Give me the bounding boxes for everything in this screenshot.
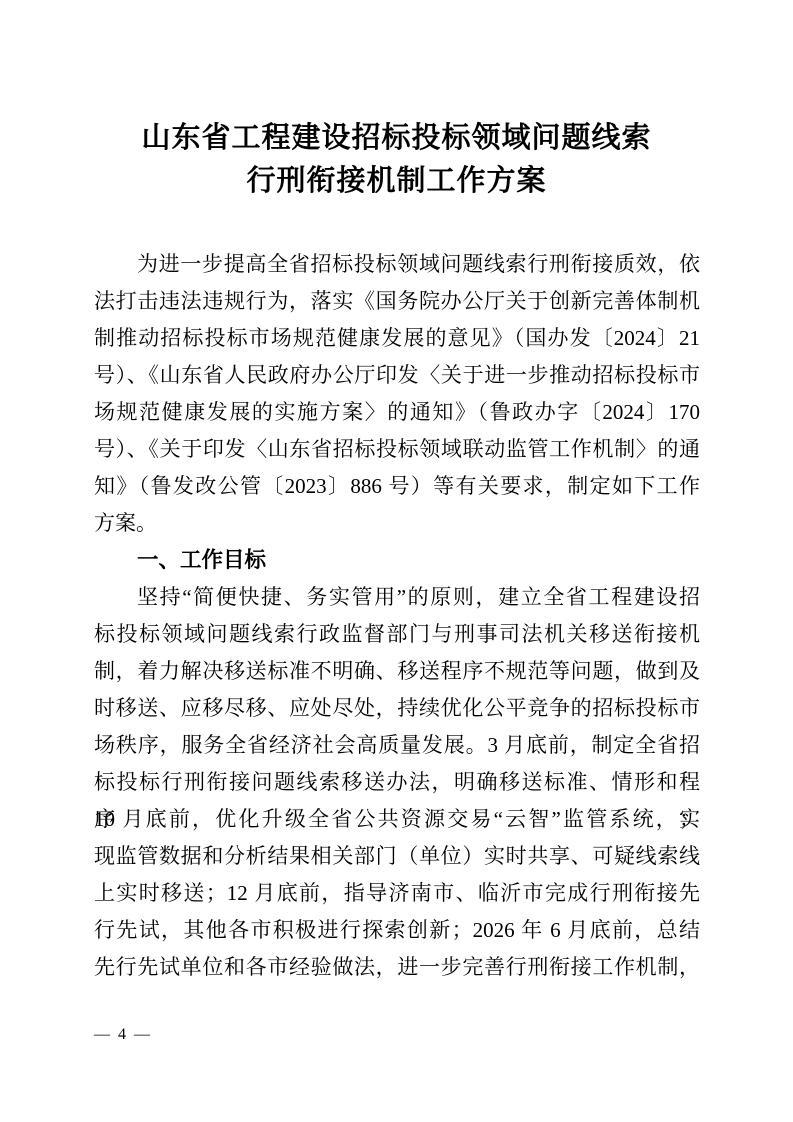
paragraph-1-line: 号）、《关于印发〈山东省招标投标领域联动监管工作机制〉的通 — [94, 431, 700, 468]
paragraph-1-line: 号）、《山东省人民政府办公厅印发〈关于进一步推动招标投标市 — [94, 357, 700, 394]
document-title-line-2: 行刑衔接机制工作方案 — [0, 160, 793, 203]
paragraph-1-line: 法打击违法违规行为，落实《国务院办公厅关于创新完善体制机 — [94, 283, 700, 320]
page-number: — 4 — — [94, 1026, 152, 1044]
paragraph-2-line: 时移送、应移尽移、应处尽处，持续优化公平竞争的招标投标市 — [94, 690, 700, 727]
document-body: 为进一步提高全省招标投标领域问题线索行刑衔接质效，依 法打击违法违规行为，落实《… — [94, 246, 700, 986]
paragraph-2-line: 行先试，其他各市积极进行探索创新；2026 年 6 月底前，总结 — [94, 912, 700, 949]
paragraph-2-line: 标投标行刑衔接问题线索移送办法，明确移送标准、情形和程序； — [94, 764, 700, 801]
paragraph-2-line: 现监管数据和分析结果相关部门（单位）实时共享、可疑线索线 — [94, 838, 700, 875]
document-page: 山东省工程建设招标投标领域问题线索 行刑衔接机制工作方案 为进一步提高全省招标投… — [0, 0, 793, 1122]
paragraph-2-line: 标投标领域问题线索行政监督部门与刑事司法机关移送衔接机 — [94, 616, 700, 653]
paragraph-2-line: 先行先试单位和各市经验做法，进一步完善行刑衔接工作机制， — [94, 949, 700, 986]
document-title-line-1: 山东省工程建设招标投标领域问题线索 — [0, 117, 793, 160]
paragraph-2-line: 10 月底前，优化升级全省公共资源交易“云智”监管系统，实 — [94, 801, 700, 838]
paragraph-1-line: 场规范健康发展的实施方案〉的通知》（鲁政办字〔2024〕170 — [94, 394, 700, 431]
paragraph-2-line: 制，着力解决移送标准不明确、移送程序不规范等问题，做到及 — [94, 653, 700, 690]
paragraph-2-line: 坚持“简便快捷、务实管用”的原则，建立全省工程建设招 — [94, 579, 700, 616]
paragraph-1-line: 知》（鲁发改公管〔2023〕886 号）等有关要求，制定如下工作 — [94, 468, 700, 505]
section-heading: 一、工作目标 — [94, 542, 700, 579]
paragraph-2-line: 场秩序，服务全省经济社会高质量发展。3 月底前，制定全省招 — [94, 727, 700, 764]
paragraph-1-line: 方案。 — [94, 505, 700, 542]
document-title: 山东省工程建设招标投标领域问题线索 行刑衔接机制工作方案 — [0, 117, 793, 203]
paragraph-1-line: 制推动招标投标市场规范健康发展的意见》（国办发〔2024〕21 — [94, 320, 700, 357]
paragraph-2-line: 上实时移送；12 月底前，指导济南市、临沂市完成行刑衔接先 — [94, 875, 700, 912]
paragraph-1-line: 为进一步提高全省招标投标领域问题线索行刑衔接质效，依 — [94, 246, 700, 283]
